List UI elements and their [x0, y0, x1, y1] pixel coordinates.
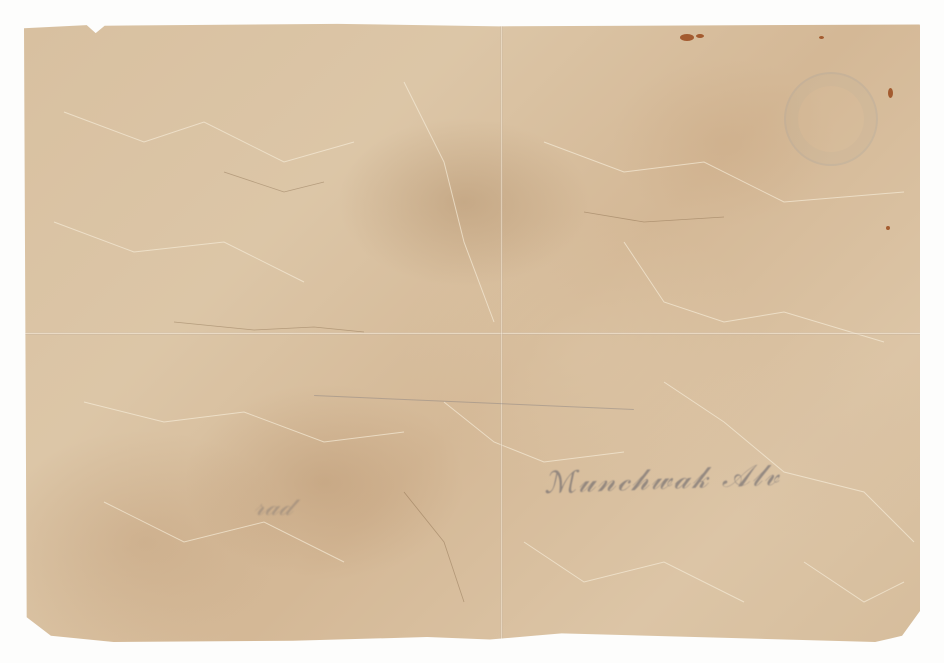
- rust-stain: [680, 34, 694, 41]
- horizontal-fold: [24, 332, 920, 335]
- rust-stain: [696, 34, 704, 38]
- rust-stain: [886, 226, 890, 230]
- rust-stain: [888, 88, 893, 98]
- faded-emblem: [784, 72, 878, 166]
- handwriting: 𝓇𝒶𝒹: [254, 492, 292, 523]
- banknote-paper: ℳ𝓊𝓃𝒸𝒽𝓌𝒶𝓀 𝒜𝓁𝓋 𝓇𝒶𝒹: [24, 22, 920, 642]
- vertical-fold: [500, 22, 503, 642]
- rust-stain: [819, 36, 824, 39]
